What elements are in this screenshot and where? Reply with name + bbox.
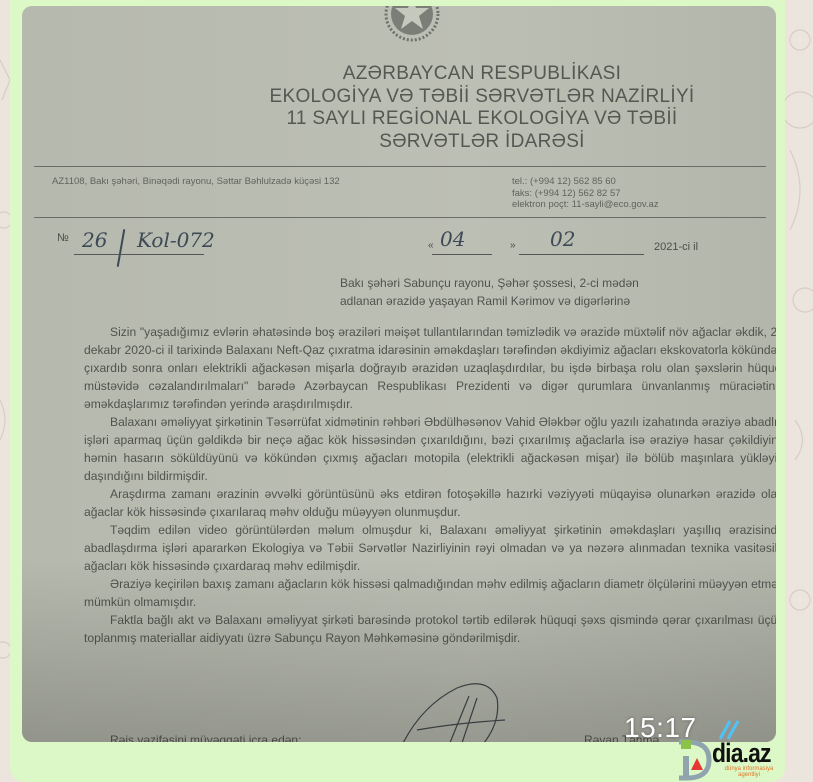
date-year: 2021-ci il: [654, 241, 698, 253]
date-close-quote: »: [510, 240, 516, 251]
phone: tel.: (+994 12) 562 85 60: [512, 176, 659, 188]
contacts-divider: [34, 217, 766, 218]
letter-body: Sizin "yaşadığımız evlərin əhatəsində bo…: [84, 323, 776, 647]
date-month-underline: [519, 254, 644, 255]
handwritten-signature: [377, 678, 527, 742]
recipient-block: Bakı şəhəri Sabunçu rayonu, Şəhər şosses…: [340, 274, 639, 310]
fax: faks: (+994 12) 562 82 57: [512, 188, 659, 200]
ref-slash: [117, 229, 126, 267]
document-photo[interactable]: AZƏRBAYCAN RESPUBLİKASI EKOLOGİYA VƏ TƏB…: [22, 6, 776, 742]
ref-number-prefix: №: [57, 232, 69, 244]
org-contacts: tel.: (+994 12) 562 85 60 faks: (+994 12…: [512, 176, 659, 211]
paragraph: Əraziyə keçirilən baxış zamanı ağacların…: [84, 575, 776, 611]
ref-underline: [74, 254, 204, 255]
paragraph: Faktla bağlı akt və Balaxanı əməliyyat ş…: [84, 611, 776, 647]
date-day-underline: [432, 254, 492, 255]
recipient-line: Bakı şəhəri Sabunçu rayonu, Şəhər şosses…: [340, 274, 639, 292]
paragraph: Araşdırma zamanı ərazinin əvvəlki görünt…: [84, 485, 776, 521]
org-address: AZ1108, Bakı şəhəri, Binəqədi rayonu, Sə…: [52, 176, 340, 187]
org-line: EKOLOGİYA VƏ TƏBİİ SƏRVƏTLƏR NAZİRLİYİ: [172, 86, 776, 109]
organization-header: AZƏRBAYCAN RESPUBLİKASI EKOLOGİYA VƏ TƏB…: [172, 63, 776, 153]
paragraph: Balaxanı əməliyyat şirkətinin Təsərrüfat…: [84, 413, 776, 485]
dia-az-tagline: dünya informasiya agentliyi: [720, 766, 778, 778]
recipient-line: adlanan ərazidə yaşayan Ramil Kərimov və…: [340, 292, 639, 310]
date-day: 04: [440, 227, 465, 251]
dia-az-brand: dia.az: [712, 738, 771, 769]
official-letter: AZƏRBAYCAN RESPUBLİKASI EKOLOGİYA VƏ TƏB…: [22, 6, 776, 742]
date-open-quote: «: [428, 240, 434, 251]
state-emblem-icon: [384, 6, 440, 42]
paragraph: Təqdim edilən video görüntülərdən məlum …: [84, 521, 776, 575]
org-line: SƏRVƏTLƏR İDARƏSİ: [172, 131, 776, 154]
email: elektron poçt: 11-sayli@eco.gov.az: [512, 199, 659, 211]
org-line: 11 SAYLI REGİONAL EKOLOGİYA VƏ TƏBİİ: [172, 108, 776, 131]
header-divider: [34, 166, 766, 167]
ref-number-part1: 26: [82, 228, 107, 252]
date-month: 02: [550, 227, 575, 251]
paragraph: Sizin "yaşadığımız evlərin əhatəsində bo…: [84, 323, 776, 413]
org-line: AZƏRBAYCAN RESPUBLİKASI: [172, 63, 776, 86]
signature-label: Rəis vəzifəsini müvəqqəti icra edən:: [110, 733, 301, 742]
ref-number-part2: Kol-072: [137, 228, 215, 252]
